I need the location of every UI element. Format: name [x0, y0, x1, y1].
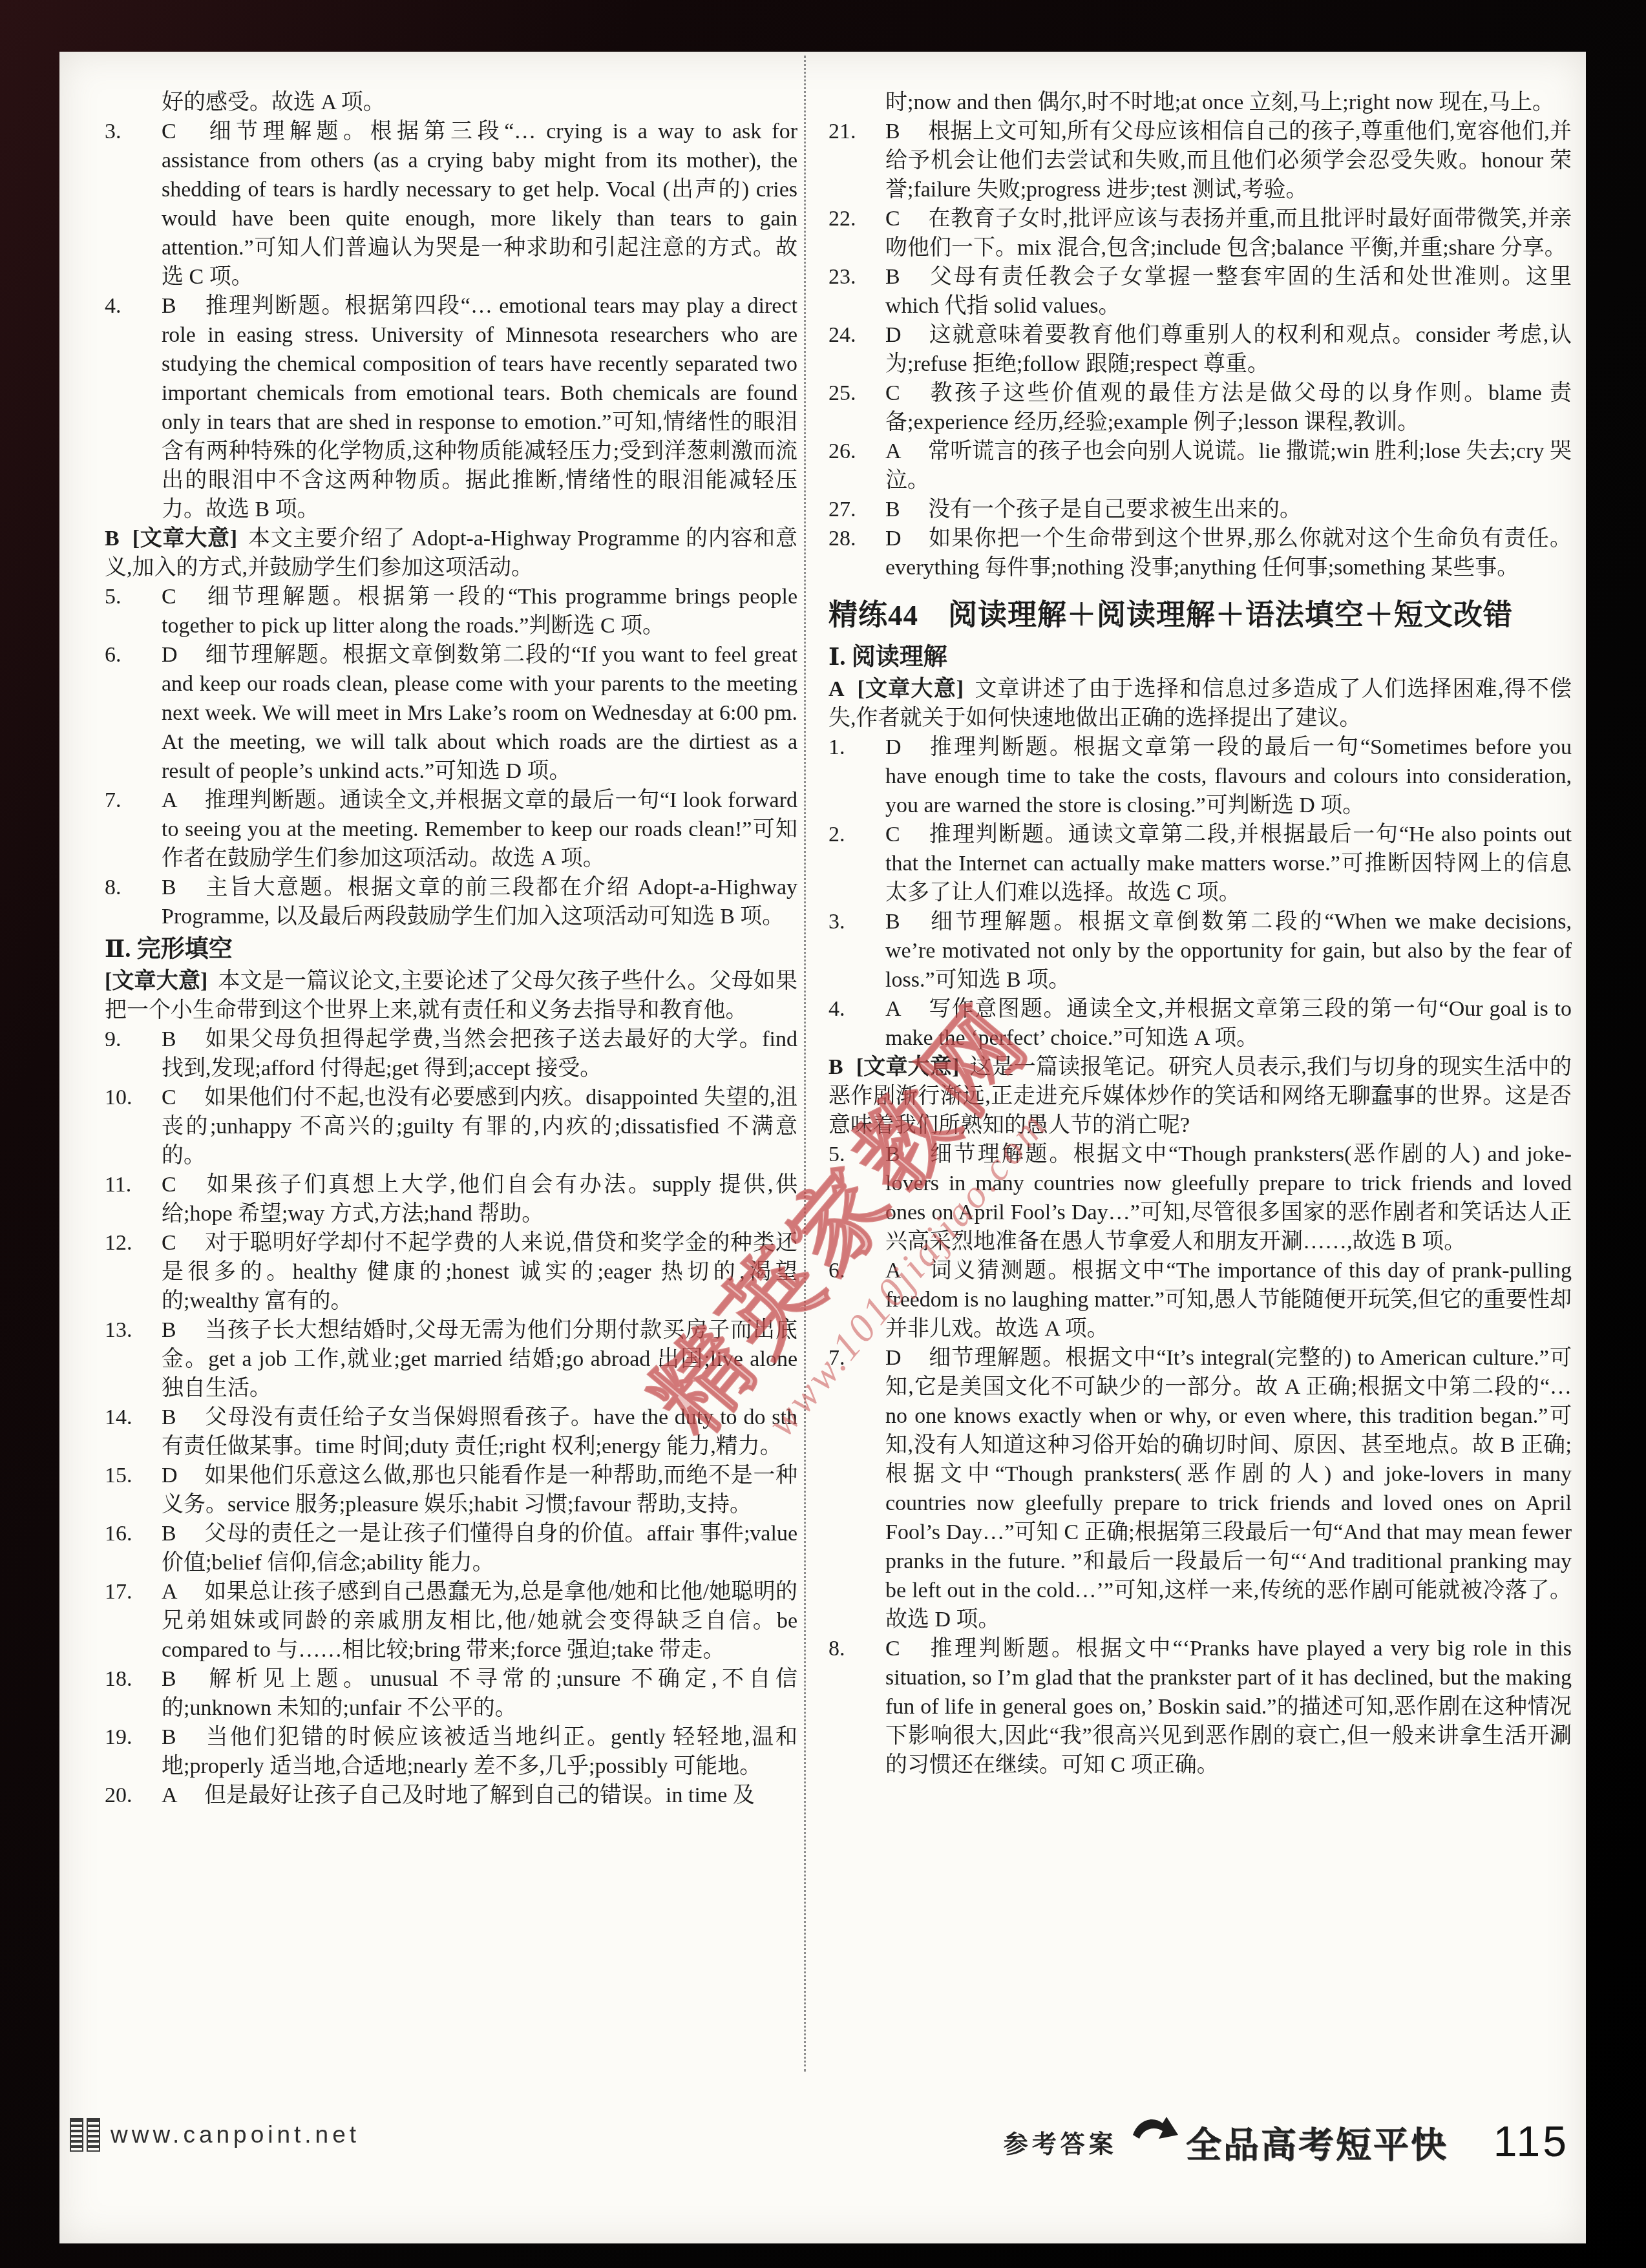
passage-summary: [文章大意]本文是一篇议论文,主要论述了父母欠孩子些什么。父母如果把一个小生命带…: [105, 967, 797, 1025]
item-explanation: 根据上文可知,所有父母应该相信自己的孩子,尊重他们,宽容他们,并给予机会让他们去…: [885, 120, 1572, 202]
item-number: 15.: [105, 1461, 162, 1490]
item-answer-letter: D: [162, 1461, 204, 1490]
item-number: 6.: [828, 1256, 885, 1285]
item-explanation: 细节理解题。根据第一段的“This programme brings peopl…: [162, 585, 797, 638]
answer-item: 22.C在教育子女时,批评应该与表扬并重,而且批评时最好面带微笑,并亲吻他们一下…: [828, 204, 1572, 262]
item-number: 26.: [828, 437, 885, 466]
item-number: 13.: [105, 1316, 162, 1345]
answer-item: 3.B细节理解题。根据文章倒数第二段的“When we make decisio…: [828, 907, 1572, 994]
item-explanation: 推理判断题。通读全文,并根据文章的最后一句“I look forward to …: [162, 788, 797, 870]
answer-item: 4.B推理判断题。根据第四段“… emotional tears may pla…: [105, 291, 797, 524]
item-number: 9.: [105, 1025, 162, 1054]
answer-item: 27.B没有一个孩子是自己要求被生出来的。: [828, 495, 1572, 524]
item-number: 4.: [105, 291, 162, 320]
item-number: 7.: [105, 786, 162, 815]
answer-item: 5.C细节理解题。根据第一段的“This programme brings pe…: [105, 582, 797, 640]
item-answer-letter: D: [885, 733, 928, 762]
answer-item: 7.D细节理解题。根据文中“It’s integral(完整的) to Amer…: [828, 1343, 1572, 1634]
item-answer-letter: C: [885, 820, 928, 849]
item-explanation: 写作意图题。通读全文,并根据文章第三段的第一句“Our goal is to m…: [885, 997, 1572, 1050]
section-heading: Ⅱ. 完形填空: [105, 935, 797, 964]
item-answer-letter: B: [162, 1519, 204, 1548]
item-number: 24.: [828, 320, 885, 350]
answer-item: 1.D推理判断题。根据文章第一段的最后一句“Sometimes before y…: [828, 733, 1572, 820]
item-answer-letter: B: [162, 1316, 204, 1345]
item-number: 8.: [828, 1634, 885, 1663]
left-column: 好的感受。故选 A 项。3.C细节理解题。根据第三段“… crying is a…: [105, 88, 797, 1810]
item-answer-letter: C: [885, 1634, 928, 1663]
item-explanation: 推理判断题。根据文中“‘Pranks have played a very bi…: [885, 1637, 1572, 1777]
item-explanation: 如果他们乐意这么做,那也只能看作是一种帮助,而绝不是一种义务。service 服…: [162, 1464, 797, 1517]
item-number: 8.: [105, 873, 162, 902]
answer-item: 14.B父母没有责任给子女当保姆照看孩子。have the duty to do…: [105, 1403, 797, 1461]
answer-item: 24.D这就意味着要教育他们尊重别人的权利和观点。consider 考虑,认为;…: [828, 320, 1572, 379]
item-number: 23.: [828, 262, 885, 291]
right-column: 时;now and then 偶尔,时不时地;at once 立刻,马上;rig…: [828, 88, 1572, 1780]
answer-item: 15.D如果他们乐意这么做,那也只能看作是一种帮助,而绝不是一种义务。servi…: [105, 1461, 797, 1519]
passage-letter: B: [105, 527, 120, 551]
column-divider: [804, 56, 806, 2072]
item-explanation: 但是最好让孩子自己及时地了解到自己的错误。in time 及: [204, 1783, 755, 1807]
answer-item: 11.C如果孩子们真想上大学,他们自会有办法。supply 提供,供给;hope…: [105, 1170, 797, 1228]
item-number: 21.: [828, 117, 885, 146]
passage-summary-tag: [文章大意]: [105, 969, 207, 993]
item-answer-letter: C: [162, 1170, 204, 1199]
continuation-text: 好的感受。故选 A 项。: [162, 90, 385, 114]
item-explanation: 父母有责任教会子女掌握一整套牢固的生活和处世准则。这里 which 代指 sol…: [885, 265, 1572, 318]
answer-item: 8.B主旨大意题。根据文章的前三段都在介绍 Adopt-a-Highway Pr…: [105, 873, 797, 931]
passage-summary: B[文章大意]本文主要介绍了 Adopt-a-Highway Programme…: [105, 524, 797, 582]
item-answer-letter: B: [162, 873, 204, 902]
item-number: 17.: [105, 1577, 162, 1606]
item-answer-letter: B: [162, 1723, 204, 1752]
passage-letter: B: [828, 1055, 843, 1079]
continuation-paragraph: 时;now and then 偶尔,时不时地;at once 立刻,马上;rig…: [828, 88, 1572, 117]
item-answer-letter: B: [885, 495, 928, 524]
passage-summary: B[文章大意]这是一篇读报笔记。研究人员表示,我们与切身的现实生活中的恶作剧渐行…: [828, 1053, 1572, 1140]
section-heading-text: Ⅱ. 完形填空: [105, 936, 233, 963]
item-answer-letter: A: [162, 786, 204, 815]
answer-item: 19.B当他们犯错的时候应该被适当地纠正。gently 轻轻地,温和地;prop…: [105, 1723, 797, 1781]
item-answer-letter: D: [885, 524, 928, 553]
item-number: 7.: [828, 1343, 885, 1372]
item-explanation: 解析见上题。unusual 不寻常的;unsure 不确定,不自信的;unkno…: [162, 1667, 797, 1720]
canpoint-logo-icon: [70, 2118, 100, 2152]
item-number: 2.: [828, 820, 885, 849]
item-explanation: 父母的责任之一是让孩子们懂得自身的价值。affair 事件;value 价值;b…: [162, 1522, 797, 1575]
item-explanation: 词义猜测题。根据文中“The importance of this day of…: [885, 1259, 1572, 1341]
item-explanation: 推理判断题。根据文章第一段的最后一句“Sometimes before you …: [885, 735, 1572, 817]
item-number: 3.: [105, 117, 162, 146]
item-answer-letter: C: [162, 582, 204, 611]
item-explanation: 细节理解题。根据文章倒数第二段的“When we make decisions,…: [885, 910, 1572, 992]
answer-item: 18.B解析见上题。unusual 不寻常的;unsure 不确定,不自信的;u…: [105, 1664, 797, 1723]
item-number: 11.: [105, 1170, 162, 1199]
item-explanation: 没有一个孩子是自己要求被生出来的。: [928, 498, 1302, 521]
reference-answers-label: 参考答案: [1004, 2124, 1117, 2159]
item-explanation: 细节理解题。根据文中“It’s integral(完整的) to America…: [885, 1346, 1572, 1632]
answer-item: 17.A如果总让孩子感到自己愚蠢无为,总是拿他/她和比他/她聪明的兄弟姐妹或同龄…: [105, 1577, 797, 1664]
item-answer-letter: B: [885, 1140, 928, 1169]
exercise-title-text: 精练44 阅读理解＋阅读理解＋语法填空＋短文改错: [828, 599, 1513, 631]
continuation-text: 时;now and then 偶尔,时不时地;at once 立刻,马上;rig…: [885, 90, 1554, 114]
item-explanation: 当他们犯错的时候应该被适当地纠正。gently 轻轻地,温和地;properly…: [162, 1725, 797, 1778]
continuation-paragraph: 好的感受。故选 A 项。: [105, 88, 797, 117]
item-explanation: 如果你把一个生命带到这个世界,那么你就对这个生命负有责任。everything …: [885, 527, 1572, 580]
footer-site-url: www.canpoint.net: [111, 2121, 360, 2148]
item-number: 19.: [105, 1723, 162, 1752]
scanned-book-page: 好的感受。故选 A 项。3.C细节理解题。根据第三段“… crying is a…: [59, 52, 1586, 2243]
footer-right: 参考答案 全品高考短平快 115: [1004, 2113, 1569, 2170]
item-explanation: 如果父母负担得起学费,当然会把孩子送去最好的大学。find 找到,发现;affo…: [162, 1027, 797, 1080]
item-number: 16.: [105, 1519, 162, 1548]
item-answer-letter: B: [162, 1664, 204, 1694]
page-footer: www.canpoint.net 参考答案 全品高考短平快 115: [59, 2113, 1586, 2190]
item-answer-letter: B: [885, 117, 928, 146]
item-number: 12.: [105, 1228, 162, 1257]
answer-item: 13.B当孩子长大想结婚时,父母无需为他们分期付款买房子而出底金。get a j…: [105, 1316, 797, 1403]
item-explanation: 细节理解题。根据文中“Though pranksters(恶作剧的人) and …: [885, 1142, 1572, 1254]
item-answer-letter: C: [162, 1083, 204, 1112]
item-number: 18.: [105, 1664, 162, 1694]
item-number: 20.: [105, 1781, 162, 1810]
answer-item: 20.A但是最好让孩子自己及时地了解到自己的错误。in time 及: [105, 1781, 797, 1810]
answer-item: 16.B父母的责任之一是让孩子们懂得自身的价值。affair 事件;value …: [105, 1519, 797, 1577]
item-number: 28.: [828, 524, 885, 553]
answer-item: 10.C如果他们付不起,也没有必要感到内疚。disappointed 失望的,沮…: [105, 1083, 797, 1170]
item-number: 5.: [828, 1140, 885, 1169]
item-answer-letter: A: [885, 994, 928, 1024]
item-answer-letter: A: [885, 437, 928, 466]
exercise-title: 精练44 阅读理解＋阅读理解＋语法填空＋短文改错: [828, 596, 1572, 634]
item-number: 1.: [828, 733, 885, 762]
item-answer-letter: C: [885, 204, 928, 233]
item-explanation: 细节理解题。根据文章倒数第二段的“If you want to feel gre…: [162, 643, 797, 783]
item-explanation: 如果孩子们真想上大学,他们自会有办法。supply 提供,供给;hope 希望;…: [162, 1173, 797, 1226]
item-answer-letter: B: [162, 291, 204, 320]
curved-arrow-icon: [1129, 2113, 1179, 2153]
item-number: 10.: [105, 1083, 162, 1112]
item-answer-letter: A: [162, 1781, 204, 1810]
passage-summary-tag: [文章大意]: [858, 677, 964, 701]
item-number: 3.: [828, 907, 885, 936]
item-number: 22.: [828, 204, 885, 233]
answer-item: 4.A写作意图题。通读全文,并根据文章第三段的第一句“Our goal is t…: [828, 994, 1572, 1053]
item-number: 27.: [828, 495, 885, 524]
passage-summary-tag: [文章大意]: [856, 1055, 960, 1079]
answer-item: 23.B父母有责任教会子女掌握一整套牢固的生活和处世准则。这里 which 代指…: [828, 262, 1572, 320]
item-number: 14.: [105, 1403, 162, 1432]
passage-summary-tag: [文章大意]: [132, 527, 237, 551]
item-explanation: 细节理解题。根据第三段“… crying is a way to ask for…: [162, 120, 797, 289]
answer-item: 6.A词义猜测题。根据文中“The importance of this day…: [828, 1256, 1572, 1343]
item-explanation: 对于聪明好学却付不起学费的人来说,借贷和奖学金的种类还是很多的。healthy …: [162, 1231, 797, 1313]
answer-item: 12.C对于聪明好学却付不起学费的人来说,借贷和奖学金的种类还是很多的。heal…: [105, 1228, 797, 1316]
item-explanation: 当孩子长大想结婚时,父母无需为他们分期付款买房子而出底金。get a job 工…: [162, 1318, 797, 1400]
passage-summary-text: 本文是一篇议论文,主要论述了父母欠孩子些什么。父母如果把一个小生命带到这个世界上…: [105, 969, 797, 1022]
brand-logo-text: 全品高考短平快: [1186, 2116, 1448, 2167]
answer-item: 3.C细节理解题。根据第三段“… crying is a way to ask …: [105, 117, 797, 291]
item-explanation: 父母没有责任给子女当保姆照看孩子。have the duty to do sth…: [162, 1405, 797, 1458]
passage-letter: A: [828, 677, 845, 701]
item-explanation: 如果他们付不起,也没有必要感到内疚。disappointed 失望的,沮丧的;u…: [162, 1086, 797, 1168]
item-explanation: 常听谎言的孩子也会向别人说谎。lie 撒谎;win 胜利;lose 失去;cry…: [885, 439, 1572, 492]
item-explanation: 推理判断题。通读文章第二段,并根据最后一句“He also points out…: [885, 823, 1572, 905]
item-explanation: 在教育子女时,批评应该与表扬并重,而且批评时最好面带微笑,并亲吻他们一下。mix…: [885, 207, 1572, 260]
item-answer-letter: D: [885, 320, 928, 350]
page-number: 115: [1493, 2117, 1569, 2166]
section-heading: Ⅰ. 阅读理解: [828, 643, 1572, 672]
answer-item: 2.C推理判断题。通读文章第二段,并根据最后一句“He also points …: [828, 820, 1572, 907]
item-answer-letter: B: [162, 1025, 204, 1054]
item-number: 6.: [105, 640, 162, 669]
item-explanation: 主旨大意题。根据文章的前三段都在介绍 Adopt-a-Highway Progr…: [162, 876, 797, 929]
answer-item: 6.D细节理解题。根据文章倒数第二段的“If you want to feel …: [105, 640, 797, 786]
footer-left: www.canpoint.net: [70, 2118, 360, 2152]
item-explanation: 如果总让孩子感到自己愚蠢无为,总是拿他/她和比他/她聪明的兄弟姐妹或同龄的亲戚朋…: [162, 1580, 797, 1662]
answer-item: 26.A常听谎言的孩子也会向别人说谎。lie 撒谎;win 胜利;lose 失去…: [828, 437, 1572, 495]
item-answer-letter: B: [885, 262, 928, 291]
item-answer-letter: B: [885, 907, 928, 936]
item-answer-letter: D: [162, 640, 204, 669]
answer-item: 9.B如果父母负担得起学费,当然会把孩子送去最好的大学。find 找到,发现;a…: [105, 1025, 797, 1083]
answer-item: 5.B细节理解题。根据文中“Though pranksters(恶作剧的人) a…: [828, 1140, 1572, 1256]
item-answer-letter: A: [162, 1577, 204, 1606]
item-number: 25.: [828, 379, 885, 408]
answer-item: 25.C教孩子这些价值观的最佳方法是做父母的以身作则。blame 责备;expe…: [828, 379, 1572, 437]
item-answer-letter: C: [162, 1228, 204, 1257]
item-number: 5.: [105, 582, 162, 611]
item-answer-letter: D: [885, 1343, 928, 1372]
item-number: 4.: [828, 994, 885, 1024]
section-heading-text: Ⅰ. 阅读理解: [828, 644, 947, 671]
item-answer-letter: A: [885, 1256, 928, 1285]
passage-summary: A[文章大意]文章讲述了由于选择和信息过多造成了人们选择困难,得不偿失,作者就关…: [828, 675, 1572, 733]
item-explanation: 这就意味着要教育他们尊重别人的权利和观点。consider 考虑,认为;refu…: [885, 323, 1572, 376]
answer-item: 21.B根据上文可知,所有父母应该相信自己的孩子,尊重他们,宽容他们,并给予机会…: [828, 117, 1572, 204]
item-explanation: 教孩子这些价值观的最佳方法是做父母的以身作则。blame 责备;experien…: [885, 381, 1572, 434]
answer-item: 7.A推理判断题。通读全文,并根据文章的最后一句“I look forward …: [105, 786, 797, 873]
item-answer-letter: C: [885, 379, 928, 408]
answer-item: 8.C推理判断题。根据文中“‘Pranks have played a very…: [828, 1634, 1572, 1780]
item-answer-letter: C: [162, 117, 204, 146]
item-answer-letter: B: [162, 1403, 204, 1432]
item-explanation: 推理判断题。根据第四段“… emotional tears may play a…: [162, 294, 797, 521]
answer-item: 28.D如果你把一个生命带到这个世界,那么你就对这个生命负有责任。everyth…: [828, 524, 1572, 582]
